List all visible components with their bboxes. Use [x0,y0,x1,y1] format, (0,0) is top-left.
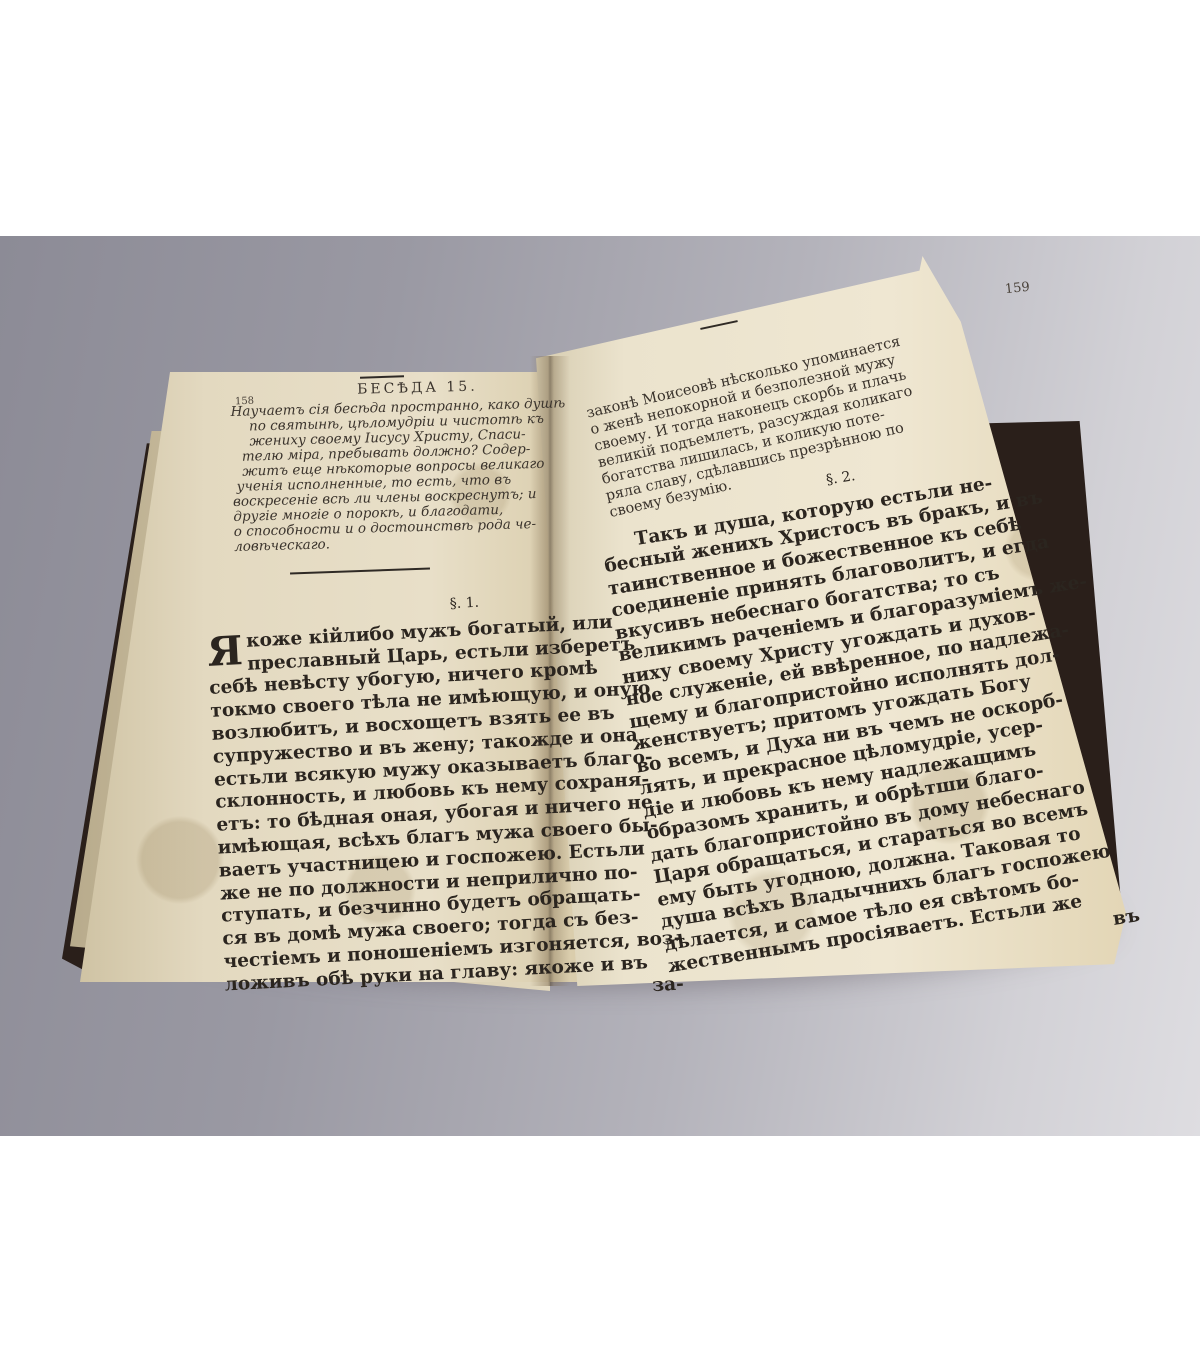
left-page-body: §. 1. Я коже кійлибо мужъ богатый, или п… [205,582,684,1020]
book-photo: 158 БЕСѢДА 15. Научаетъ сія бесѣда прост… [0,236,1200,1136]
drop-cap: Я [206,631,243,673]
right-page-number: 159 [1004,280,1030,298]
right-page-body: §. 2. Такъ и душа, которую естьли не- бе… [595,432,1141,1001]
left-page-heading-block: БЕСѢДА 15. Научаетъ сія бесѣда пространн… [230,377,569,555]
